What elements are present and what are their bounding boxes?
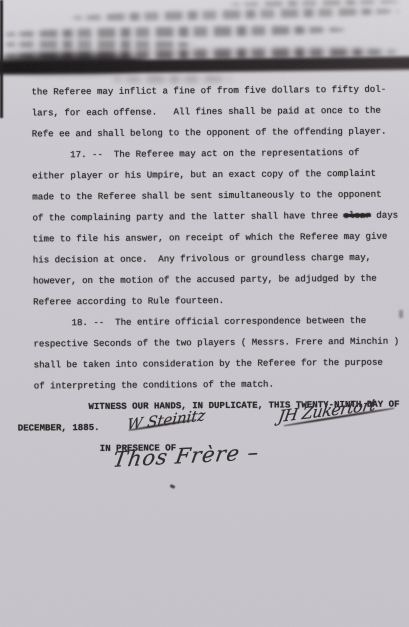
- typed-text: DECEMBER, 1885.: [18, 422, 100, 434]
- typed-line: 18. -- The entire official correspondenc…: [17, 309, 409, 333]
- ink-speck: [399, 310, 403, 318]
- photo-edge: [0, 0, 3, 118]
- typed-text: Refe ee and shall belong to the opponent…: [15, 126, 386, 140]
- typed-text: Referee according to Rule fourteen.: [17, 295, 224, 308]
- typed-line: respective Seconds of the two players ( …: [17, 330, 409, 354]
- typed-text: 18. -- The entire official correspondenc…: [17, 315, 366, 329]
- showthrough-line: [230, 0, 400, 7]
- showthrough-line: [72, 7, 400, 23]
- typed-line: of interpreting the conditions of the ma…: [17, 372, 409, 396]
- typed-text: shall be taken into consideration by the…: [17, 357, 383, 371]
- typed-line: shall be taken into consideration by the…: [17, 351, 409, 375]
- typed-text: respective Seconds of the two players ( …: [17, 336, 399, 350]
- typed-text: lars, for each offense. All fines shall …: [15, 105, 381, 119]
- typed-text: 17. -- The Referee may act on the repres…: [16, 147, 360, 161]
- typed-text: his decision at once. Any frivolous or g…: [16, 252, 371, 266]
- typed-text: of interpreting the conditions of the ma…: [17, 379, 274, 392]
- document-photo: the Referee may inflict a fine of from f…: [0, 0, 409, 627]
- typed-text: days: [371, 210, 398, 221]
- typed-text: either player or his Umpire, but an exac…: [16, 168, 376, 182]
- typed-text: time to file his answer, on receipt of w…: [16, 231, 387, 245]
- typed-text: made to the Referee shall be sent simult…: [16, 189, 382, 203]
- struck-word: clear: [343, 210, 370, 221]
- showthrough-line: [5, 25, 345, 40]
- typed-text: of the complaining party and the latter …: [16, 210, 344, 224]
- typed-line: Referee according to Rule fourteen.: [17, 288, 409, 312]
- typed-line: DECEMBER, 1885.: [18, 414, 409, 438]
- typed-text: the Referee may inflict a fine of from f…: [15, 84, 386, 98]
- typed-text: however, on the motion of the accused pa…: [17, 273, 377, 287]
- typed-line: however, on the motion of the accused pa…: [16, 267, 409, 291]
- ink-speck: [170, 484, 176, 489]
- showthrough-line: [5, 40, 195, 49]
